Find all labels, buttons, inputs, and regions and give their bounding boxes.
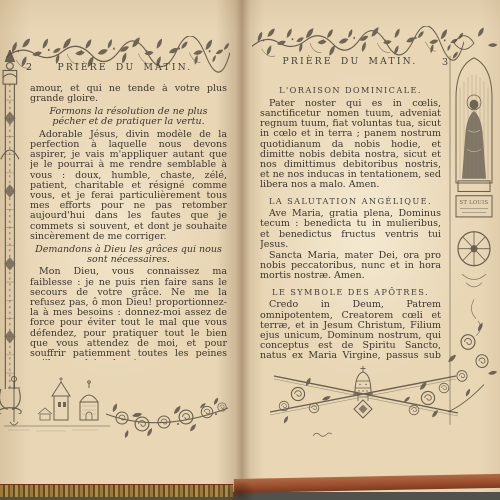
engraver-signature-mark — [313, 433, 332, 436]
prayer-paragraph: Credo in Deum, Patrem omnipotentem, Crea… — [260, 300, 441, 362]
prayer-paragraph: amour, et qui ne tende à votre plus gran… — [30, 84, 227, 104]
running-title: PRIÈRE DU MATIN. — [283, 56, 418, 67]
running-title: PRIÈRE DU MATIN. — [58, 62, 193, 73]
book-photo: 2 PRIÈRE DU MATIN. amour, et qui ne tend… — [0, 0, 500, 500]
tiara-keys-vignette-icon — [258, 366, 468, 444]
prayer-paragraph: Sancta Maria, mater Dei, ora pro nobis p… — [260, 251, 441, 282]
right-page-header: PRIÈRE DU MATIN. 3 — [258, 56, 442, 67]
plaque-text: ST LOUIS — [460, 200, 489, 206]
prayer-paragraph: Pater noster qui es in cœlis, sanctifice… — [260, 99, 441, 191]
left-page: 2 PRIÈRE DU MATIN. amour, et qui ne tend… — [0, 0, 233, 500]
gilt-edge-band — [0, 484, 233, 497]
prayer-paragraph: Ave Maria, gratia plena, Dominus tecum :… — [260, 209, 441, 250]
right-page-text: L'ORAISON DOMINICALE. Pater noster qui e… — [260, 80, 441, 362]
section-heading: LE SYMBOLE DES APÔTRES. — [260, 287, 441, 297]
gutter-fold-shadow — [220, 468, 260, 500]
exhortation-paragraph: Formons la résolution de ne plus pécher … — [34, 107, 223, 127]
section-heading: LA SALUTATION ANGÉLIQUE. — [260, 196, 441, 206]
gothic-column-icon — [0, 50, 28, 414]
prayer-paragraph: Adorable Jésus, divin modèle de la perfe… — [30, 130, 227, 242]
left-page-header: 2 PRIÈRE DU MATIN. — [26, 62, 224, 73]
prayer-paragraph: Mon Dieu, vous connaissez ma faiblesse :… — [30, 267, 227, 360]
exhortation-paragraph: Demandons à Dieu les grâces qui nous son… — [34, 245, 223, 265]
page-number: 2 — [26, 62, 32, 73]
church-rose-vignette-icon — [0, 372, 232, 447]
left-page-text: amour, et qui ne tende à votre plus gran… — [30, 84, 227, 360]
section-heading: L'ORAISON DOMINICALE. — [260, 85, 441, 95]
right-page: PRIÈRE DU MATIN. 3 L'ORAISON DOMINICALE.… — [233, 0, 500, 500]
